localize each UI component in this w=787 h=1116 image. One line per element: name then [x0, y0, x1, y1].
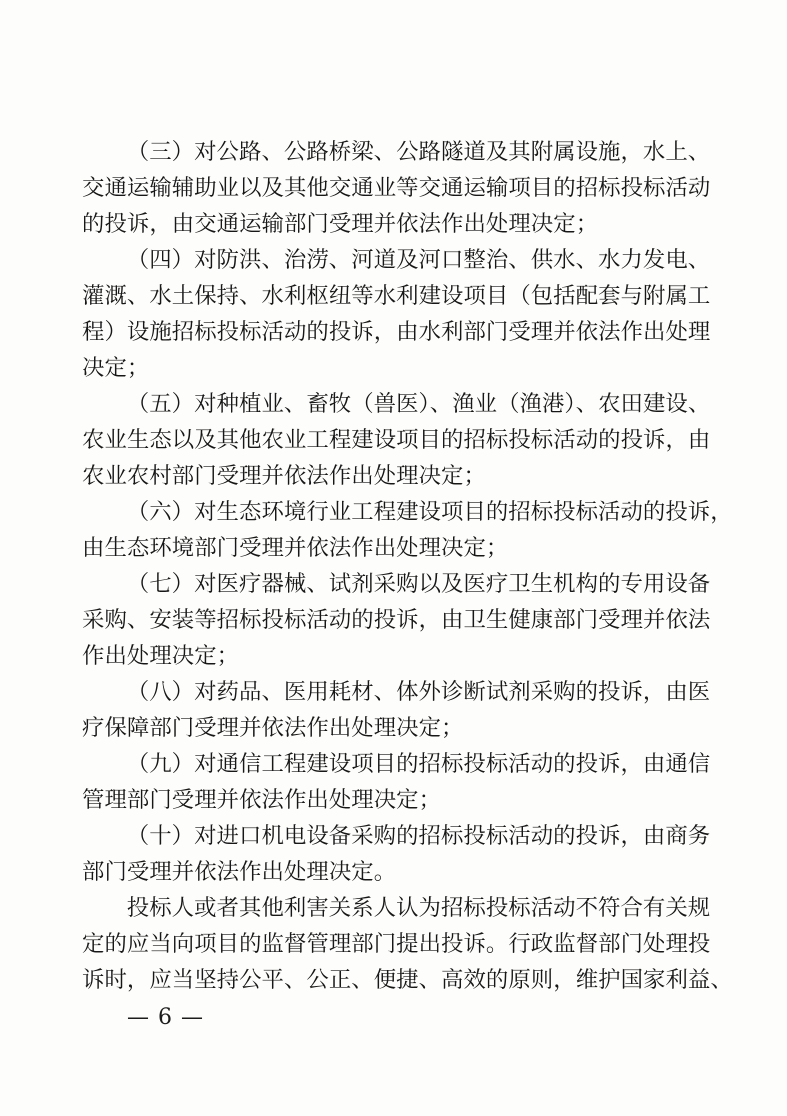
clause-item-6: （六）对生态环境行业工程建设项目的招标投标活动的投诉， 由生态环境部门受理并依法… — [82, 494, 738, 566]
clause-item-8: （八）对药品、医用耗材、体外诊断试剂采购的投诉，由医 疗保障部门受理并依法作出处… — [82, 674, 738, 746]
clause-item-3: （三）对公路、公路桥梁、公路隧道及其附属设施，水上、 交通运输辅助业以及其他交通… — [82, 134, 738, 242]
closing-paragraph: 投标人或者其他利害关系人认为招标投标活动不符合有关规 定的应当向项目的监督管理部… — [82, 890, 738, 998]
document-page: （三）对公路、公路桥梁、公路隧道及其附属设施，水上、 交通运输辅助业以及其他交通… — [0, 0, 787, 1116]
clause-item-10: （十）对进口机电设备采购的招标投标活动的投诉，由商务 部门受理并依法作出处理决定… — [82, 818, 738, 890]
clause-item-9: （九）对通信工程建设项目的招标投标活动的投诉，由通信 管理部门受理并依法作出处理… — [82, 746, 738, 818]
page-number: — 6 — — [127, 1005, 204, 1030]
document-body: （三）对公路、公路桥梁、公路隧道及其附属设施，水上、 交通运输辅助业以及其他交通… — [82, 134, 738, 998]
clause-item-4: （四）对防洪、治涝、河道及河口整治、供水、水力发电、 灌溉、水土保持、水利枢纽等… — [82, 242, 738, 386]
clause-item-7: （七）对医疗器械、试剂采购以及医疗卫生机构的专用设备 采购、安装等招标投标活动的… — [82, 566, 738, 674]
clause-item-5: （五）对种植业、畜牧（兽医）、渔业（渔港）、农田建设、 农业生态以及其他农业工程… — [82, 386, 738, 494]
